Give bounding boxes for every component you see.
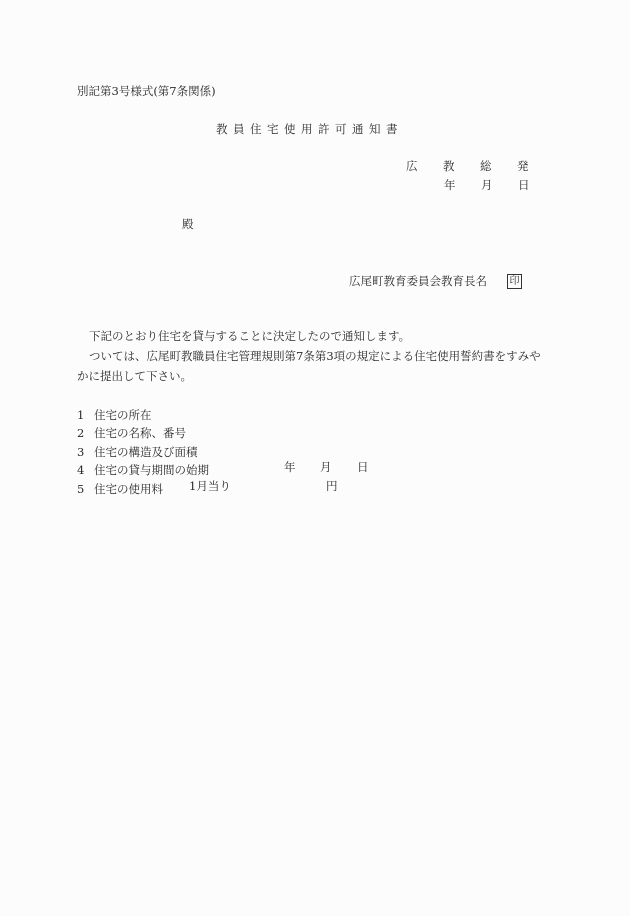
body-paragraph-2-line-1: ついては、広尾町教職員住宅管理規則第7条第3項の規定による住宅使用誓約書をすみや	[89, 351, 541, 363]
issuer-name: 広尾町教育委員会教育長名	[349, 276, 487, 288]
item-number: 2	[77, 428, 94, 440]
item-number: 3	[77, 447, 94, 459]
list-item: 3 住宅の構造及び面積	[77, 443, 209, 462]
document-number-char: 発	[517, 161, 554, 173]
rent-currency-unit: 円	[326, 481, 338, 493]
document-number-char: 広	[406, 161, 443, 173]
addressee-honorific: 殿	[182, 219, 194, 231]
form-reference: 別記第3号様式(第7条関係)	[77, 86, 216, 98]
item-label: 住宅の所在	[94, 410, 152, 422]
item-number: 1	[77, 410, 94, 422]
item-label: 住宅の貸与期間の始期	[94, 465, 209, 477]
list-item: 2 住宅の名称、番号	[77, 425, 209, 444]
body-paragraph-1: 下記のとおり住宅を貸与することに決定したので通知します。	[89, 331, 410, 343]
lease-start-year-unit: 年	[284, 462, 296, 474]
lease-start-month-unit: 月	[320, 462, 332, 474]
date-day-unit: 日	[518, 180, 555, 192]
item-number: 5	[77, 484, 94, 496]
document-number: 広 教 総 発	[406, 161, 554, 173]
lease-start-day-unit: 日	[357, 462, 369, 474]
issuer-block: 広尾町教育委員会教育長名 印	[349, 274, 522, 289]
document-number-char: 教	[443, 161, 480, 173]
list-item: 4 住宅の貸与期間の始期	[77, 462, 209, 481]
date-month-unit: 月	[481, 180, 518, 192]
document-date: 年 月 日	[444, 180, 555, 192]
seal-stamp-icon: 印	[507, 274, 522, 289]
date-year-unit: 年	[444, 180, 481, 192]
item-label: 住宅の構造及び面積	[94, 447, 198, 459]
item-label: 住宅の名称、番号	[94, 428, 186, 440]
item-number: 4	[77, 465, 94, 477]
body-paragraph-2-line-2: かに提出して下さい。	[77, 371, 192, 383]
document-title: 教員住宅使用許可通知書	[216, 124, 403, 136]
item-label: 住宅の使用料	[94, 484, 163, 496]
rent-per-month-label: 1月当り	[189, 481, 231, 493]
document-number-char: 総	[480, 161, 517, 173]
list-item: 1 住宅の所在	[77, 406, 209, 425]
